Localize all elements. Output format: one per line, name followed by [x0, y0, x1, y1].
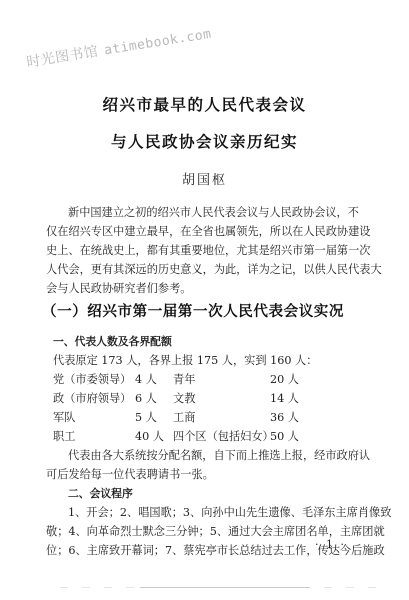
group-count: 50 人	[270, 427, 330, 446]
table-row: 军队 5 人 工商 36 人	[46, 408, 361, 427]
document-title-line-1: 绍兴市最早的人民代表会议	[0, 93, 409, 115]
author-name: 胡国枢	[0, 169, 409, 188]
intro-paragraph: 新中国建立之初的绍兴市人民代表会议与人民政协会议，不 仅在绍兴专区中建立最早，在…	[46, 203, 361, 298]
table-row: 职工 40 人 四个区（包括妇女） 50 人	[46, 427, 361, 446]
group-name: 青年	[173, 370, 270, 389]
table-row: 党（市委领导） 4 人 青年 20 人	[46, 370, 361, 389]
intro-line: 仅在绍兴专区中建立最早，在全省也属领先，所以在人民政协建设	[46, 222, 361, 241]
intro-line: 人代会，更有其深远的历史意义，为此，详为之记，以供人民代表大	[46, 260, 361, 279]
subsection-heading-procedure: 二、会议程序	[46, 484, 361, 503]
procedure-line: 敬；4、向革命烈士默念三分钟；5、通过大会主席团名单，主席团就	[46, 522, 361, 541]
scan-artifact-line	[140, 587, 310, 588]
group-count: 6 人	[135, 389, 173, 408]
intro-line: 史上、在统战史上，都有其重要地位，尤其是绍兴市第一届第一次	[46, 241, 361, 260]
procedure-line: 1、开会；2、唱国歌；3、向孙中山先生遗像、毛泽东主席肖像致	[46, 503, 361, 522]
delegate-summary: 代表原定 173 人，各界上报 175 人，实到 160 人：	[46, 351, 361, 370]
group-name: 职工	[53, 427, 135, 446]
selection-note-line: 可后发给每一位代表聘请书一张。	[46, 465, 361, 484]
group-count: 5 人	[135, 408, 173, 427]
group-name: 军队	[53, 408, 135, 427]
watermark: 时光图书馆atimebook.com	[25, 23, 213, 72]
table-row: 政（市府领导） 6 人 文教 14 人	[46, 389, 361, 408]
section-body: 一、代表人数及各界配额 代表原定 173 人，各界上报 175 人，实到 160…	[46, 332, 361, 560]
group-count: 20 人	[270, 370, 330, 389]
group-name: 党（市委领导）	[53, 370, 135, 389]
subsection-heading-delegates: 一、代表人数及各界配额	[46, 332, 361, 351]
group-count: 14 人	[270, 389, 330, 408]
intro-line: 会与人民政协研究者们参考。	[46, 279, 361, 298]
group-name: 文教	[173, 389, 270, 408]
group-name: 工商	[173, 408, 270, 427]
watermark-url: atimebook.com	[103, 27, 212, 59]
watermark-site-name: 时光图书馆	[25, 44, 99, 71]
group-count: 4 人	[135, 370, 173, 389]
procedure-line: 位；6、主席致开幕词；7、蔡宪亭市长总结过去工作，传达今后施政	[46, 541, 361, 560]
group-name: 四个区（包括妇女）	[173, 427, 270, 446]
selection-note-line: 代表由各大系统按分配名额，自下而上推选上报，经市政府认	[46, 446, 361, 465]
intro-line: 新中国建立之初的绍兴市人民代表会议与人民政协会议，不	[46, 203, 361, 222]
page-number: · 1 ·	[315, 538, 346, 551]
group-count: 36 人	[270, 408, 330, 427]
group-name: 政（市府领导）	[53, 389, 135, 408]
document-title-line-2: 与人民政协会议亲历纪实	[0, 130, 409, 152]
section-heading: （一）绍兴市第一届第一次人民代表会议实况	[42, 300, 344, 321]
group-count: 40 人	[135, 427, 173, 446]
quota-table: 党（市委领导） 4 人 青年 20 人 政（市府领导） 6 人 文教 14 人 …	[46, 370, 361, 446]
